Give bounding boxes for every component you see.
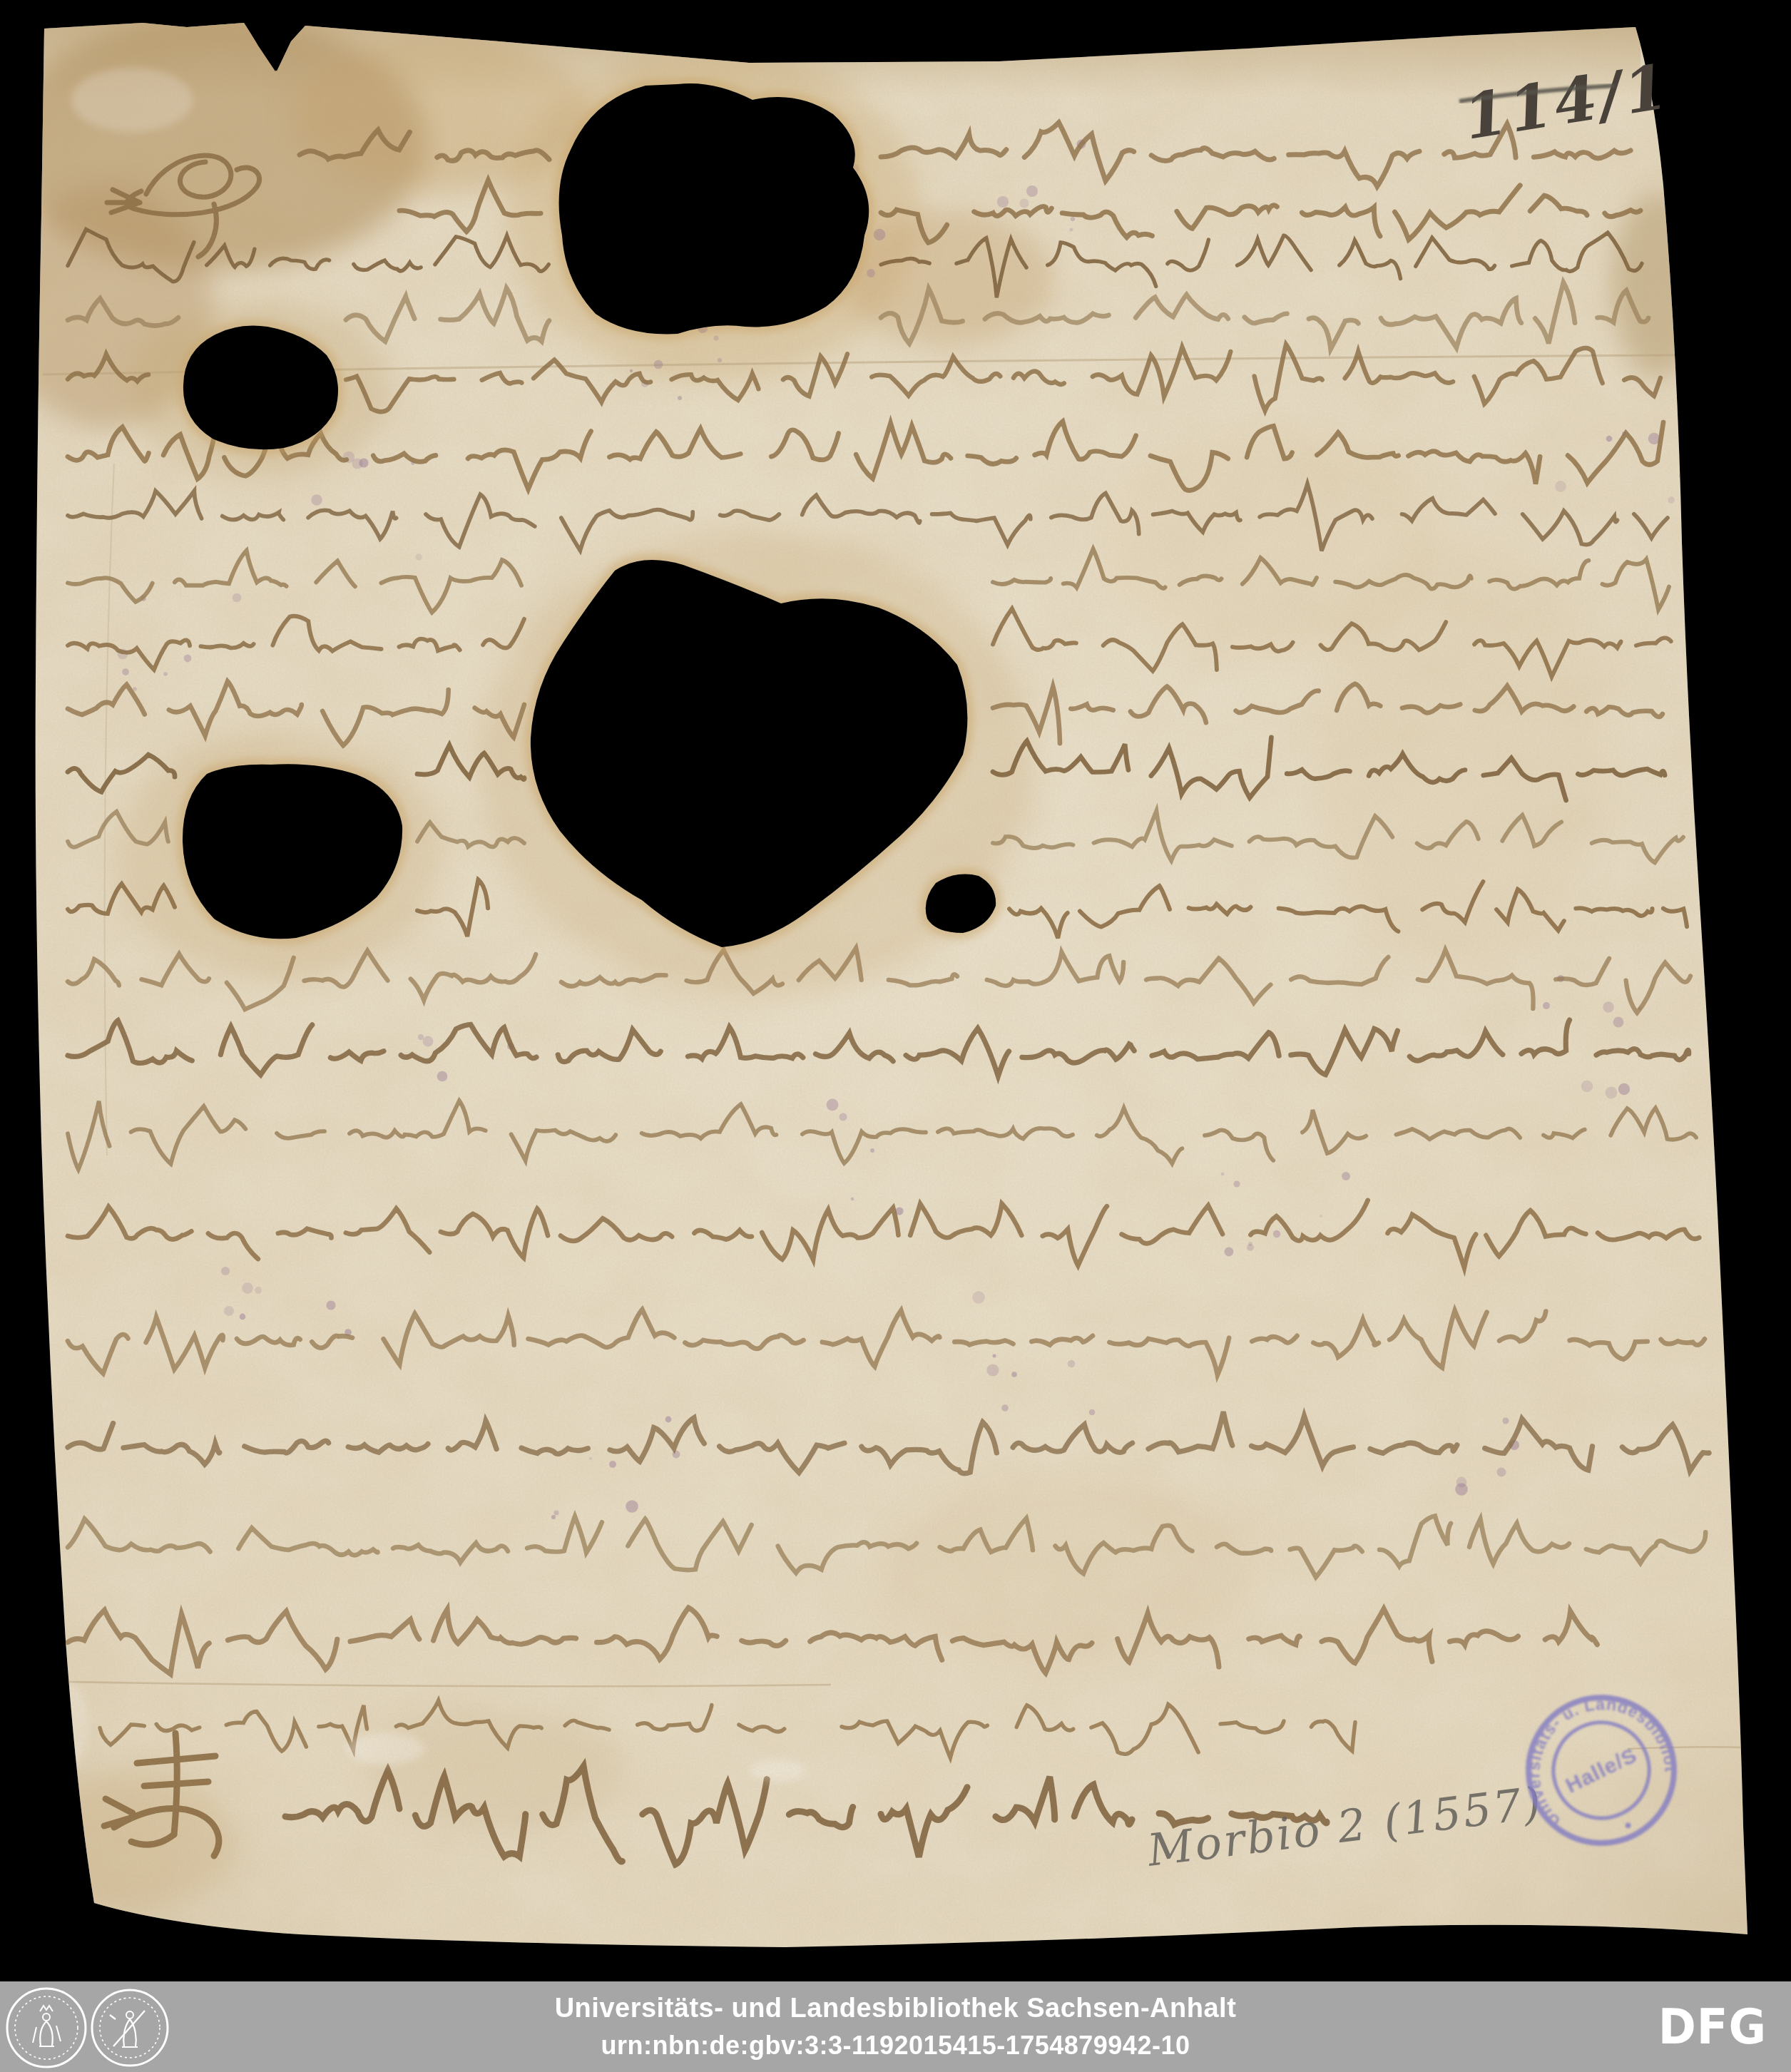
footer-seals bbox=[3, 1986, 181, 2070]
parchment-sheet: 114/1 Morbio 2 (1557) Universitäts- u. L… bbox=[0, 0, 1791, 1969]
scan-viewport: 114/1 Morbio 2 (1557) Universitäts- u. L… bbox=[0, 0, 1791, 2072]
halle-university-seal-icon bbox=[7, 1989, 86, 2067]
dfg-logo: DFG bbox=[1658, 1996, 1767, 2060]
wittenberg-university-seal-icon bbox=[92, 1990, 168, 2066]
manuscript-scan: 114/1 Morbio 2 (1557) Universitäts- u. L… bbox=[0, 0, 1791, 2072]
footer-bar bbox=[0, 1981, 1791, 2072]
